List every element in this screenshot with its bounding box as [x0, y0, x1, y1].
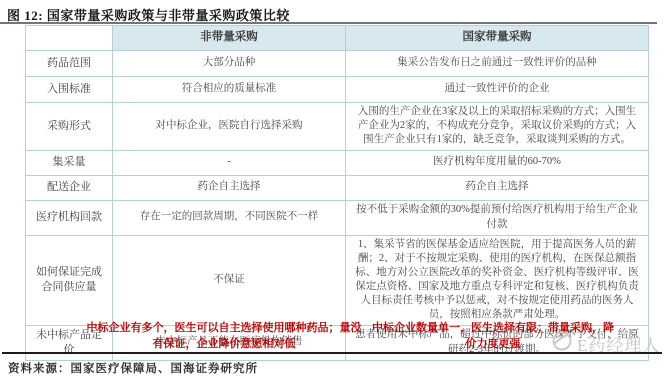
- cell-non-volume: 对中标企业，医院自行选择采购: [113, 103, 346, 151]
- row-label: 药品范围: [26, 51, 113, 77]
- cell-national-volume: 入围的生产企业在3家及以上的采取招标采购的方式；入围生产企业为2家的，不构成充分…: [346, 103, 649, 151]
- cell-non-volume: 大部分品种: [113, 51, 346, 77]
- row-label: 如何保证完成合同供应量: [26, 235, 113, 325]
- cell-non-volume: 符合相应的质量标准: [113, 77, 346, 103]
- cell-national-volume: 通过一致性评价的企业: [346, 77, 649, 103]
- cell-national-volume: 按不低于采购金额的30%提前预付给医疗机构用于给生产企业付款: [346, 200, 649, 235]
- table-header-row: 非带量采购 国家带量采购: [26, 26, 649, 51]
- row-label: 入围标准: [26, 77, 113, 103]
- row-label: 集采量: [26, 150, 113, 175]
- table-row: 入围标准 符合相应的质量标准 通过一致性评价的企业: [26, 77, 649, 103]
- annotation-non-volume: 中标企业有多个，医生可以自主选择使用哪种药品；量没有保证，企业降价意愿相对低: [83, 321, 365, 353]
- table-row: 集采量 - 医疗机构年度用量的60-70%: [26, 150, 649, 175]
- cell-national-volume: 集采公告发布日之前通过一致性评价的品种: [346, 51, 649, 77]
- table-row: 药品范围 大部分品种 集采公告发布日之前通过一致性评价的品种: [26, 51, 649, 77]
- table-row: 如何保证完成合同供应量 不保证 1、集采节省的医保基金适应给医院，用于提高医务人…: [26, 235, 649, 325]
- row-label: 配送企业: [26, 175, 113, 200]
- table-row: 医疗机构回款 存在一定的回款周期，不同医院不一样 按不低于采购金额的30%提前预…: [26, 200, 649, 235]
- cell-national-volume: 1、集采节省的医保基金适应给医院，用于提高医务人员的薪酬；2、对于不按规定采购、…: [346, 235, 649, 325]
- corner-header-cell: [26, 26, 113, 51]
- bottom-divider: [2, 352, 662, 354]
- cell-non-volume: -: [113, 150, 346, 175]
- cell-non-volume: 不保证: [113, 235, 346, 325]
- table-row: 配送企业 药企自主选择 药企自主选择: [26, 175, 649, 200]
- title-divider: [0, 22, 657, 24]
- source-line: 资料来源：国家医疗保障局、国海证券研究所: [8, 360, 258, 376]
- policy-comparison-table: 非带量采购 国家带量采购 药品范围 大部分品种 集采公告发布日之前通过一致性评价…: [25, 25, 649, 361]
- row-label: 采购形式: [26, 103, 113, 151]
- table-row: 采购形式 对中标企业，医院自行选择采购 入围的生产企业在3家及以上的采取招标采购…: [26, 103, 649, 151]
- cell-non-volume: 药企自主选择: [113, 175, 346, 200]
- row-label: 医疗机构回款: [26, 200, 113, 235]
- column-header-national-volume: 国家带量采购: [346, 26, 649, 51]
- cell-national-volume: 药企自主选择: [346, 175, 649, 200]
- column-header-non-volume: 非带量采购: [113, 26, 346, 51]
- cell-national-volume: 医疗机构年度用量的60-70%: [346, 150, 649, 175]
- cell-non-volume: 存在一定的回款周期，不同医院不一样: [113, 200, 346, 235]
